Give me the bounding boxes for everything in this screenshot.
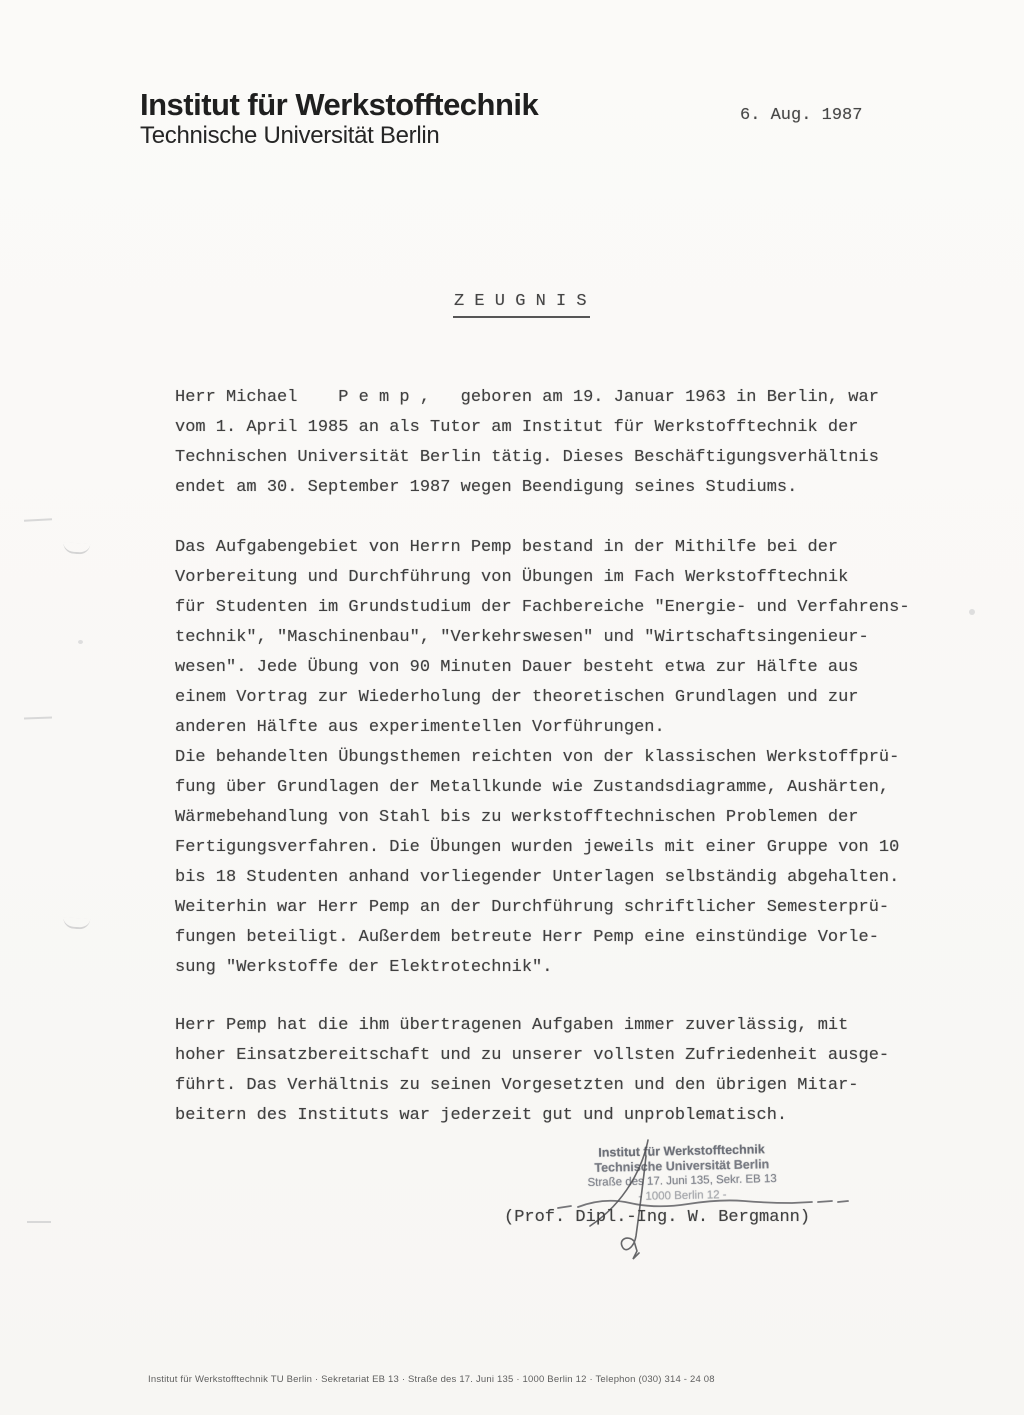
scan-artifact [63, 917, 91, 930]
footer-address: Institut für Werkstofftechnik TU Berlin … [148, 1374, 715, 1385]
scan-artifact [27, 1221, 51, 1223]
paragraph-duties: Das Aufgabengebiet von Herrn Pemp bestan… [175, 533, 965, 983]
institute-name: Institut für Werkstofftechnik [140, 88, 538, 122]
document-date: 6. Aug. 1987 [740, 106, 862, 125]
paragraph-assessment: Herr Pemp hat die ihm übertragenen Aufga… [175, 1011, 965, 1131]
strikethrough-stroke-icon [558, 1200, 848, 1208]
paragraph-introduction: Herr Michael P e m p , geboren am 19. Ja… [175, 383, 965, 503]
scan-artifact [24, 518, 52, 521]
university-name: Technische Universität Berlin [140, 122, 538, 150]
scan-artifact [78, 640, 83, 644]
document-page: Institut für Werkstofftechnik Technische… [0, 0, 1024, 1415]
scan-artifact [24, 717, 52, 720]
document-title: Z E U G N I S [453, 292, 590, 318]
scan-artifact [969, 609, 975, 615]
letterhead: Institut für Werkstofftechnik Technische… [140, 88, 538, 150]
handwritten-signature [540, 1118, 880, 1278]
signatory-name: (Prof. Dipl.-Ing. W. Bergmann) [504, 1208, 810, 1227]
scan-artifact [63, 542, 91, 555]
